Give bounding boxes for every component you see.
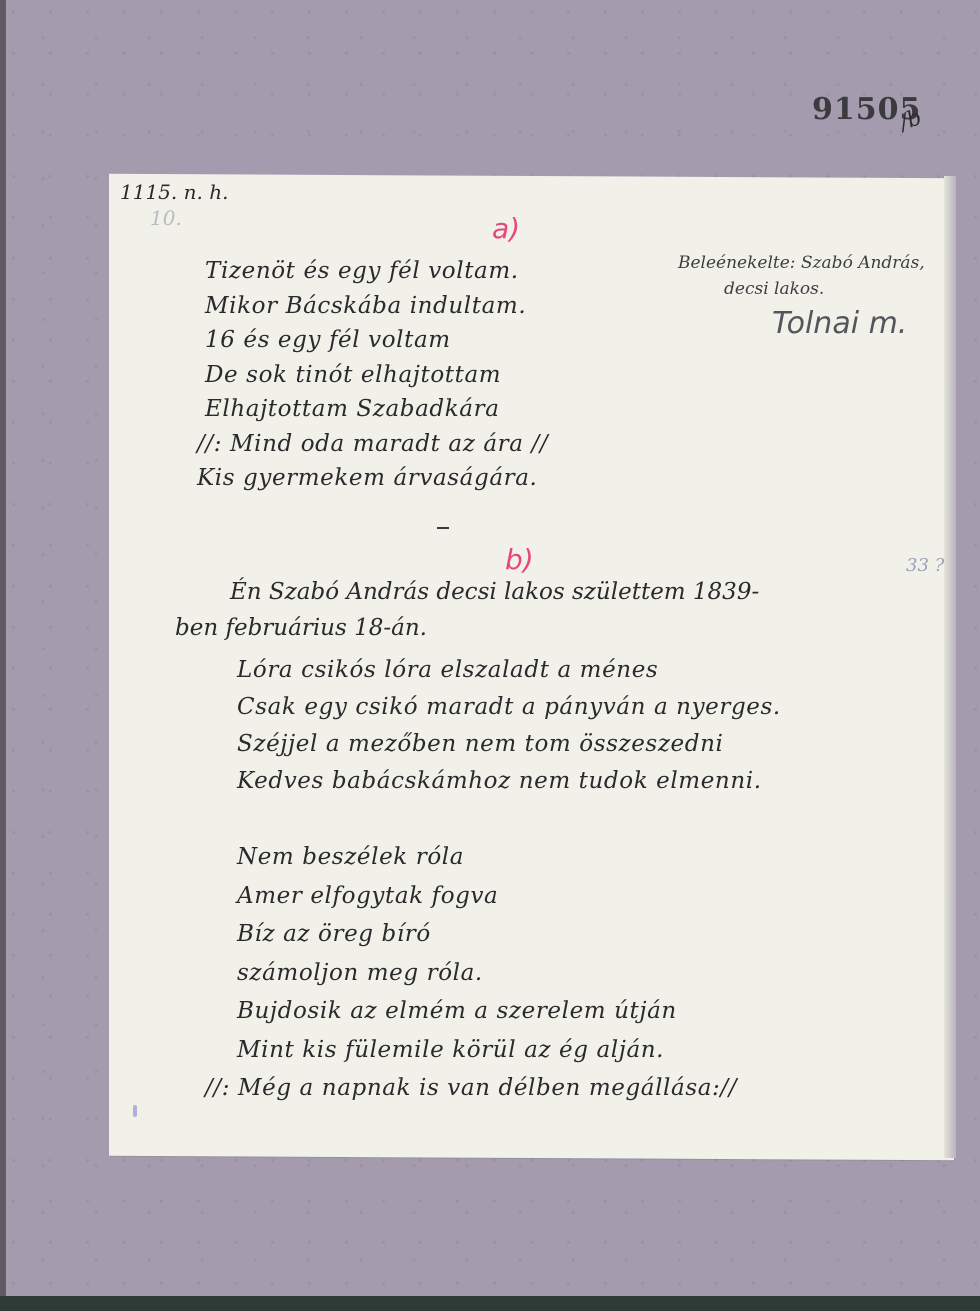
collector-note-residence: decsi lakos. xyxy=(724,276,925,302)
verse-line: Nem beszélek róla xyxy=(237,838,737,877)
intro-line: Én Szabó András decsi lakos születtem 18… xyxy=(230,574,759,610)
reference-number: 1115. n. h. xyxy=(120,180,228,204)
verse-line: Amer elfogytak fogva xyxy=(237,877,737,916)
collector-signature: Tolnai m. xyxy=(772,306,925,341)
verse-line: 16 és egy fél voltam xyxy=(205,323,548,358)
verse-line: Széjjel a mezőben nem tom összeszedni xyxy=(237,726,781,763)
collector-note-singer: Beleénekelte: Szabó András, xyxy=(678,250,925,276)
verse-line: számoljon meg róla. xyxy=(237,954,737,993)
verse-line: Lóra csikós lóra elszaladt a ménes xyxy=(237,652,781,689)
verse-line: Tizenöt és egy fél voltam. xyxy=(205,254,548,289)
scan-bottom-edge xyxy=(0,1296,980,1311)
section-b-intro: Én Szabó András decsi lakos születtem 18… xyxy=(175,574,759,646)
verse-line: Elhajtottam Szabadkára xyxy=(205,392,548,427)
verse-line: Mikor Bácskába indultam. xyxy=(205,289,548,324)
verse-line-repeat: //: Még a napnak is van délben megállása… xyxy=(205,1069,737,1108)
section-separator xyxy=(437,527,449,529)
collector-note: Beleénekelte: Szabó András, decsi lakos.… xyxy=(678,250,925,341)
section-a-label: a) xyxy=(492,212,520,245)
verse-line-repeat: //: Mind oda maradt az ára // xyxy=(197,427,548,462)
verse-line: Bíz az öreg bíró xyxy=(237,915,737,954)
verse-line: Kedves babácskámhoz nem tudok elmenni. xyxy=(237,763,781,800)
section-b-stanza-1: Lóra csikós lóra elszaladt a ménes Csak … xyxy=(237,652,781,800)
pencil-item-number: 33 ? xyxy=(906,555,944,576)
verse-line: Bujdosik az elmém a szerelem útján xyxy=(237,992,737,1031)
section-b-label: b) xyxy=(505,543,534,576)
section-b-stanza-2: Nem beszélek róla Amer elfogytak fogva B… xyxy=(237,838,737,1108)
verse-line: Kis gyermekem árvaságára. xyxy=(197,461,548,496)
verse-line: Csak egy csikó maradt a pányván a nyerge… xyxy=(237,689,781,726)
intro-line: ben februárius 18-án. xyxy=(175,610,759,646)
ink-mark xyxy=(133,1105,137,1117)
section-a-verse: Tizenöt és egy fél voltam. Mikor Bácskáb… xyxy=(205,254,548,496)
pencil-page-number: 10. xyxy=(150,206,182,230)
sheet-edge-shadow xyxy=(944,176,956,1158)
verse-line: De sok tinót elhajtottam xyxy=(205,358,548,393)
verse-line: Mint kis fülemile körül az ég alján. xyxy=(237,1031,737,1070)
